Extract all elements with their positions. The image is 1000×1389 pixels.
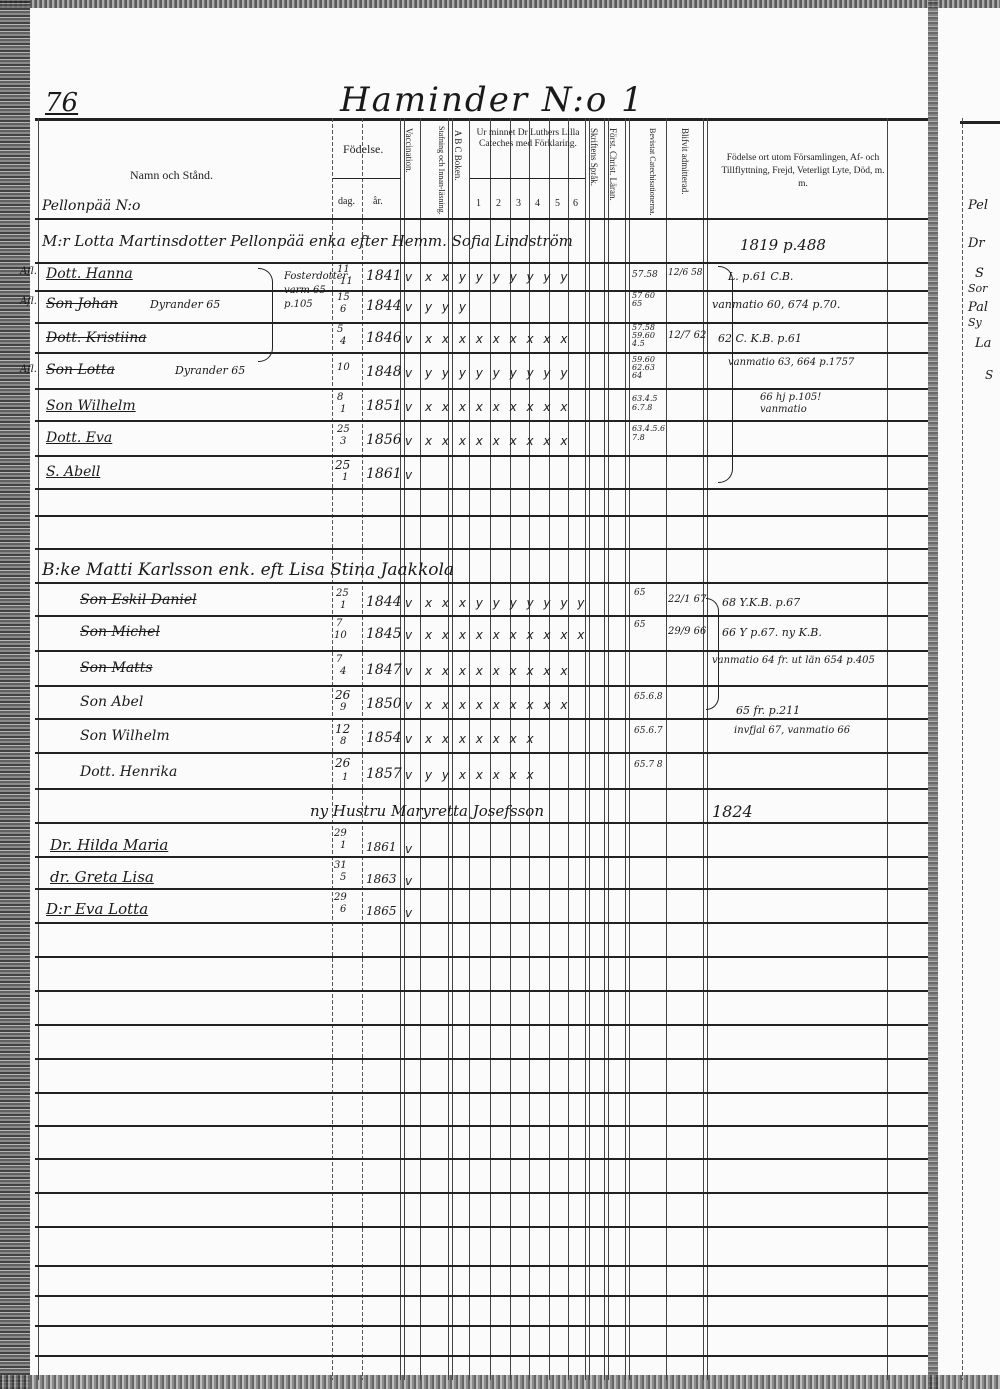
- member-name: Son Michel: [80, 624, 160, 640]
- header-abc: A B C Boken.: [453, 130, 463, 210]
- col-rule-christ: [604, 118, 609, 1380]
- member-name: Dr. Hilda Maria: [50, 836, 168, 854]
- row-rule: [35, 1125, 928, 1127]
- vaccination-mark: v: [405, 468, 412, 482]
- member-name: S. Abell: [46, 464, 100, 480]
- col-rule-scripture: [585, 118, 590, 1380]
- row-rule: [35, 548, 928, 550]
- row-rule: [35, 922, 928, 924]
- birth-month: 9: [340, 702, 346, 713]
- page-gutter: [928, 0, 938, 1389]
- birth-day: 29: [334, 828, 347, 839]
- hearings: 65: [634, 588, 645, 598]
- knowledge-marks: x x x x x x x x x: [425, 698, 570, 712]
- birth-day: 26: [335, 756, 350, 770]
- vaccination-mark: v: [405, 300, 412, 314]
- member-name: Son Eskil Daniel: [80, 592, 197, 608]
- village-title: Haminder N:o 1: [340, 80, 645, 120]
- register-page: 76 Haminder N:o 1 Namn och Stånd. Födels…: [0, 0, 1000, 1389]
- birth-month: 1: [342, 772, 348, 783]
- birth-day: 26: [335, 688, 350, 702]
- second-wife: ny Hustru Maryretta Josefsson: [310, 802, 544, 820]
- knowledge-marks: y y y: [425, 300, 469, 314]
- vaccination-mark: v: [405, 768, 412, 782]
- row-rule: [35, 455, 928, 457]
- vaccination-mark: v: [405, 628, 412, 642]
- member-note: 66 hj p.105! vanmatio: [760, 392, 870, 416]
- hearings: 65: [634, 620, 645, 630]
- row-rule: [35, 1192, 928, 1194]
- member-name: Son Wilhelm: [46, 398, 136, 414]
- knowledge-marks: x x x x x x x x x: [425, 664, 570, 678]
- row-rule: [35, 488, 928, 490]
- member-name: Son Matts: [80, 660, 153, 676]
- col-rule-right: [887, 118, 888, 1380]
- row-rule: [35, 990, 928, 992]
- birth-year: 1841: [366, 268, 402, 284]
- vaccination-mark: v: [405, 596, 412, 610]
- household-1-head: M:r Lotta Martinsdotter Pellonpää enka e…: [42, 232, 573, 250]
- header-scripture: Skriftens Språk.: [589, 128, 599, 213]
- next-page-fragment: Pel: [968, 198, 988, 213]
- next-page-top-rule: [960, 121, 1000, 124]
- birth-year: 1847: [366, 662, 402, 678]
- birth-year: 1861: [366, 466, 402, 482]
- row-rule: [35, 290, 928, 292]
- member-note: vanmatio 64 fr. ut län 654 p.405: [712, 654, 882, 668]
- page-number: 76: [45, 88, 78, 118]
- col-rule-cat6: [568, 118, 569, 1380]
- birth-year: 1851: [366, 398, 402, 414]
- hearings: 63.4.5.6 7.8: [632, 424, 662, 442]
- birth-month: 1: [340, 600, 346, 611]
- next-page-fragment: Dr: [968, 236, 985, 251]
- col-rule-cat2: [490, 118, 491, 1380]
- admitted-date: 12/6 58: [668, 268, 703, 278]
- hearings: 59.60 62.63 64: [632, 356, 662, 380]
- birth-year: 1857: [366, 766, 402, 782]
- birth-day: 12: [335, 722, 350, 736]
- scan-edge-left: [0, 0, 30, 1389]
- admitted-date: 12/7 62: [668, 330, 706, 341]
- birth-year: 1856: [366, 432, 402, 448]
- birth-day: 8: [337, 392, 343, 403]
- col-rule-notes: [703, 118, 708, 1380]
- household-1-head-note: 1819 p.488: [740, 236, 826, 254]
- col-rule-hearings: [625, 118, 630, 1380]
- row-rule: [35, 888, 928, 890]
- margin-note: Afl.: [20, 364, 37, 375]
- knowledge-marks: x x x x x x x x x x: [425, 628, 587, 642]
- scan-edge-bottom: [0, 1375, 1000, 1389]
- next-page-fragment: Sy: [968, 316, 982, 329]
- next-page-fragment: S: [975, 266, 984, 281]
- vaccination-mark: v: [405, 874, 412, 888]
- member-name: Son Johan: [46, 296, 118, 312]
- birth-month: 4: [340, 666, 346, 677]
- row-rule: [35, 856, 928, 858]
- vaccination-mark: v: [405, 732, 412, 746]
- header-hearings: Bevistat Catechisationerna.: [633, 128, 657, 208]
- knowledge-marks: x x x x x x x x x: [425, 434, 570, 448]
- header-top-rule: [35, 118, 928, 121]
- birth-month: 5: [340, 872, 346, 883]
- col-rule-cat4: [529, 118, 530, 1380]
- birth-month: 6: [340, 904, 346, 915]
- header-reading: Stafning och Innan-läsning.: [424, 126, 446, 216]
- birth-month: 10: [334, 630, 347, 641]
- hearings: 57 60 65: [632, 292, 662, 308]
- birth-day: 7: [336, 618, 342, 629]
- birth-day: 25: [337, 424, 350, 435]
- row-rule: [35, 515, 928, 517]
- row-rule: [35, 822, 928, 824]
- birth-year: 1865: [366, 904, 397, 918]
- knowledge-marks: x x y y y y y y y: [425, 270, 570, 284]
- birth-year: 1850: [366, 696, 402, 712]
- member-note: L. p.61 C.B.: [728, 270, 793, 283]
- row-rule: [35, 1058, 928, 1060]
- row-rule: [35, 615, 928, 617]
- header-name: Namn och Stånd.: [130, 168, 213, 183]
- margin-note: Afl.: [20, 266, 37, 277]
- vaccination-mark: v: [405, 906, 412, 920]
- row-rule: [35, 956, 928, 958]
- member-name: Son Abel: [80, 694, 143, 710]
- scan-edge-top: [0, 0, 1000, 8]
- knowledge-marks: x x x x x x x: [425, 732, 537, 746]
- catechism-part-2: 2: [496, 198, 501, 209]
- member-extra: Dyrander 65: [175, 364, 245, 377]
- birth-day: 29: [334, 892, 347, 903]
- admitted-date: 29/9 66: [668, 626, 706, 637]
- next-page-col-rule: [962, 118, 963, 1380]
- hearings: 57.58: [632, 270, 658, 280]
- birth-year: 1863: [366, 872, 397, 886]
- vaccination-mark: v: [405, 366, 412, 380]
- birth-divider: [333, 178, 401, 179]
- col-rule-left: [38, 118, 39, 1380]
- hearings: 57.58 59.60 4.5: [632, 324, 662, 348]
- row-rule: [35, 650, 928, 652]
- notes-brace: [706, 598, 719, 710]
- notes-brace: [718, 266, 733, 483]
- knowledge-marks: y y x x x x x: [425, 768, 537, 782]
- knowledge-marks: x x x x x x x x x: [425, 332, 570, 346]
- admitted-date: 22/1 67: [668, 594, 706, 605]
- hearings: 65.6.8: [634, 692, 663, 702]
- second-wife-note: 1824: [712, 802, 753, 821]
- birth-year: 1861: [366, 840, 397, 854]
- hearings: 65.6.7: [634, 726, 663, 736]
- row-rule: [35, 1295, 928, 1297]
- member-name: dr. Greta Lisa: [50, 868, 154, 886]
- birth-month: 4: [340, 336, 346, 347]
- col-rule-admitted: [666, 118, 667, 1380]
- vaccination-mark: v: [405, 698, 412, 712]
- vaccination-mark: v: [405, 400, 412, 414]
- row-rule: [35, 685, 928, 687]
- member-note: 68 Y.K.B. p.67: [722, 596, 800, 609]
- catechism-part-4: 4: [535, 198, 540, 209]
- vaccination-mark: v: [405, 434, 412, 448]
- family-brace: [258, 268, 273, 362]
- member-note: 66 Y p.67. ny K.B.: [722, 626, 822, 639]
- knowledge-marks: x x x y y y y y y y: [425, 596, 587, 610]
- header-birth-day: dag.: [338, 196, 355, 207]
- col-rule-day: [332, 118, 333, 1380]
- hearings: 63.4.5 6.7.8: [632, 394, 662, 412]
- knowledge-marks: x x x x x x x x x: [425, 400, 570, 414]
- vaccination-mark: v: [405, 664, 412, 678]
- birth-month: 1: [340, 404, 346, 415]
- section-label: Pellonpää N:o: [42, 198, 140, 214]
- row-rule: [35, 262, 928, 264]
- birth-month: 1: [342, 472, 348, 483]
- birth-day: 31: [334, 860, 347, 871]
- vaccination-mark: v: [405, 270, 412, 284]
- member-name: Son Lotta: [46, 362, 115, 378]
- member-name: Dott. Eva: [46, 430, 112, 446]
- row-rule: [35, 752, 928, 754]
- knowledge-marks: y y y y y y y y y: [425, 366, 570, 380]
- row-rule: [35, 582, 928, 584]
- birth-year: 1844: [366, 594, 402, 610]
- next-page-fragment: S: [985, 368, 993, 382]
- row-rule: [35, 1355, 928, 1357]
- birth-day: 10: [337, 362, 350, 373]
- member-extra: Dyrander 65: [150, 298, 220, 311]
- household-1-side-note: Fosterdotter varm 65 p.105: [284, 270, 329, 312]
- birth-month: 8: [340, 736, 346, 747]
- birth-year: 1854: [366, 730, 402, 746]
- row-rule: [35, 1024, 928, 1026]
- birth-day: 25: [336, 588, 349, 599]
- birth-day: 15: [337, 292, 350, 303]
- row-rule: [35, 1265, 928, 1267]
- row-rule: [35, 1325, 928, 1327]
- header-vaccination: Vaccination.: [404, 128, 414, 218]
- catechism-part-3: 3: [516, 198, 521, 209]
- col-rule-cat3: [510, 118, 511, 1380]
- col-rule-reading: [420, 118, 421, 1380]
- birth-year: 1844: [366, 298, 402, 314]
- row-rule: [35, 388, 928, 390]
- row-rule: [35, 352, 928, 354]
- birth-day: 5: [337, 324, 343, 335]
- household-2-head: B:ke Matti Karlsson enk. eft Lisa Stina …: [42, 560, 454, 580]
- member-name: Dott. Kristiina: [46, 330, 147, 346]
- header-christ: Först. Christ. Läran.: [608, 128, 618, 218]
- row-rule: [35, 322, 928, 324]
- vaccination-mark: v: [405, 332, 412, 346]
- member-name: Son Wilhelm: [80, 728, 170, 744]
- header-notes: Födelse ort utom Församlingen, Af- och T…: [718, 152, 888, 191]
- header-birth: Födelse.: [343, 142, 383, 157]
- catechism-part-1: 1: [476, 198, 481, 209]
- col-rule-year: [362, 118, 363, 1380]
- birth-month: 6: [340, 304, 346, 315]
- hearings: 65.7 8: [634, 760, 663, 770]
- birth-year: 1848: [366, 364, 402, 380]
- next-page-fragment: La: [975, 336, 991, 351]
- row-rule: [35, 1158, 928, 1160]
- birth-month: 3: [340, 436, 346, 447]
- birth-day: 7: [336, 654, 342, 665]
- header-catechism: Ur minnet Dr Luthers Lilla Cateches med …: [472, 128, 584, 150]
- header-admitted: Blifvit admitterad.: [680, 128, 690, 218]
- birth-month: 1: [340, 840, 346, 851]
- vaccination-mark: v: [405, 842, 412, 856]
- catechism-divider: [470, 178, 585, 179]
- member-note: invfjal 67, vanmatio 66: [734, 724, 854, 738]
- row-rule: [35, 788, 928, 790]
- birth-day: 25: [335, 458, 350, 472]
- member-name: Dott. Hanna: [46, 266, 133, 282]
- margin-note: Afl.: [20, 296, 37, 307]
- next-page-fragment: Pal: [968, 300, 988, 315]
- catechism-part-5: 5: [555, 198, 560, 209]
- row-rule: [35, 718, 928, 720]
- row-rule: [35, 1092, 928, 1094]
- header-birth-year: år.: [373, 196, 383, 207]
- row-rule: [35, 420, 928, 422]
- next-page-fragment: Sor: [968, 282, 987, 295]
- row-rule: [35, 1226, 928, 1228]
- col-rule-cat1: [469, 118, 470, 1380]
- birth-year: 1845: [366, 626, 402, 642]
- birth-year: 1846: [366, 330, 402, 346]
- row-rule: [35, 218, 928, 220]
- member-name: D:r Eva Lotta: [46, 900, 148, 918]
- col-rule-cat5: [549, 118, 550, 1380]
- member-note: vanmatio 63, 664 p.1757: [728, 356, 878, 370]
- member-name: Dott. Henrika: [80, 764, 177, 780]
- member-note: 65 fr. p.211: [736, 704, 800, 717]
- catechism-part-6: 6: [573, 198, 578, 209]
